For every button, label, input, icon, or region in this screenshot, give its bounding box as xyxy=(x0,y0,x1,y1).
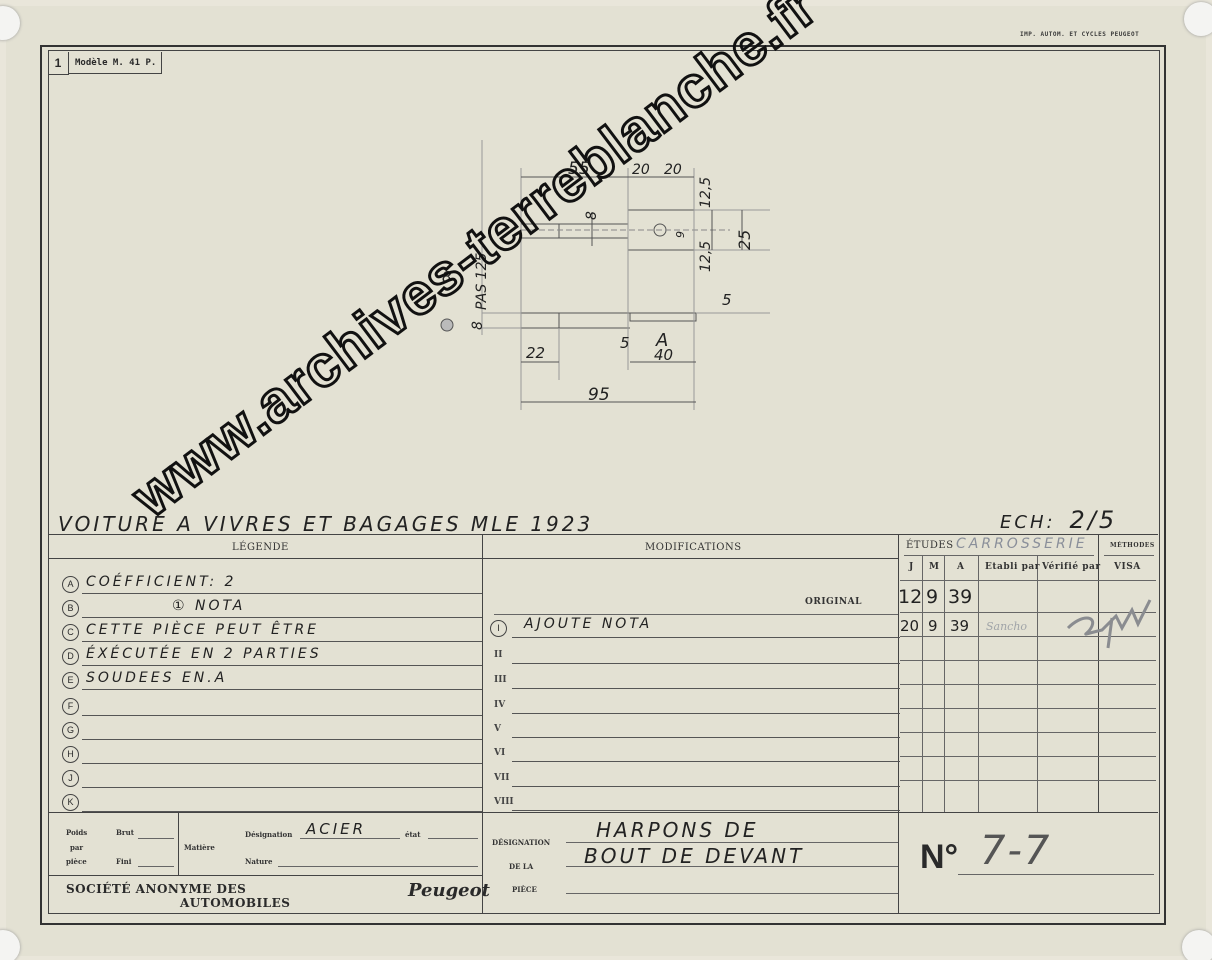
dim-hole: 9 xyxy=(674,231,687,238)
legend-key: G xyxy=(62,722,79,739)
dim-5: 5 xyxy=(620,334,630,352)
fini-field xyxy=(138,866,174,867)
material-designation: ACIER xyxy=(306,820,366,838)
nature-field xyxy=(278,866,478,867)
mod-row-5: V xyxy=(494,718,900,742)
legend-mod-divider xyxy=(482,534,483,914)
nature-label: Nature xyxy=(245,857,272,866)
mod-num: I xyxy=(490,620,507,637)
part-label-1: DÉSIGNATION xyxy=(492,838,550,847)
row2-etabli-signature: Sancho xyxy=(986,620,1027,633)
legend-key: F xyxy=(62,698,79,715)
mod-num: II xyxy=(494,650,502,660)
department: CARROSSERIE xyxy=(956,536,1088,552)
weights-label-1: Poids xyxy=(66,828,87,837)
weld-marker: A xyxy=(655,330,668,351)
etudes-row-rule-8 xyxy=(900,780,1156,781)
row2-j: 20 xyxy=(900,617,919,635)
etudes-row-rule-6 xyxy=(900,732,1156,733)
row1-a: 39 xyxy=(948,586,972,608)
weights-label-3: pièce xyxy=(66,857,87,866)
etudes-header: ÉTUDES xyxy=(906,540,954,551)
methodes-sub-rule xyxy=(1104,555,1154,556)
etudes-row-rule-5 xyxy=(900,708,1156,709)
verifie-signature xyxy=(1062,594,1158,654)
part-label-3: PIÈCE xyxy=(512,885,537,894)
legend-row-c: CCETTE PIÈCE PEUT ÊTRE xyxy=(62,622,482,646)
etudes-row-rule-7 xyxy=(900,756,1156,757)
row1-j: 12 xyxy=(898,586,922,608)
legend-key: B xyxy=(62,600,79,617)
pin-bottom-right xyxy=(1182,930,1212,960)
scale-value: 2/5 xyxy=(1070,506,1118,534)
legend-text: ÉXÉCUTÉE EN 2 PARTIES xyxy=(86,646,322,662)
legend-row-e: ESOUDEES EN.A xyxy=(62,670,482,694)
col-header-etabli: Etabli par xyxy=(985,562,1040,572)
part-name-line1: HARPONS DE xyxy=(596,818,758,842)
original-rule xyxy=(494,614,898,615)
etudes-header-rule xyxy=(900,580,1156,581)
col-header-a: A xyxy=(957,562,964,572)
dim-12-5-top: 12,5 xyxy=(698,177,714,208)
fini-label: Fini xyxy=(116,857,131,866)
mod-num: V xyxy=(494,724,501,734)
mod-num: VI xyxy=(494,748,505,758)
part-rule-2 xyxy=(566,866,898,867)
scale: ECH:2/5 xyxy=(1000,506,1117,534)
brut-field xyxy=(138,838,174,839)
company-line2: AUTOMOBILES xyxy=(180,896,290,910)
material-label: Matière xyxy=(184,843,215,852)
original-label: ORIGINAL xyxy=(805,597,862,607)
legend-text: CETTE PIÈCE PEUT ÊTRE xyxy=(86,622,319,638)
mod-row-6: VI xyxy=(494,742,900,766)
mod-num: III xyxy=(494,675,507,685)
modifications-header: MODIFICATIONS xyxy=(645,542,742,553)
etudes-row-rule-4 xyxy=(900,684,1156,685)
dim-22: 22 xyxy=(526,344,545,362)
part-label-2: DE LA xyxy=(509,862,533,871)
part-number-label: N° xyxy=(920,838,958,877)
mod-row-1: IAJOUTE NOTA xyxy=(494,618,900,642)
methodes-divider xyxy=(1098,534,1099,812)
legend-row-j: J xyxy=(62,768,482,792)
legend-row-b: B① NOTA xyxy=(62,598,482,622)
drawing-title: VOITURE A VIVRES ET BAGAGES MLE 1923 xyxy=(58,512,593,536)
etudes-sub-rule xyxy=(904,555,1094,556)
table-top-rule xyxy=(48,534,1158,535)
mod-text: AJOUTE NOTA xyxy=(524,616,652,632)
dim-20b: 20 xyxy=(664,162,682,178)
dim-25: 25 xyxy=(735,230,754,250)
methodes-header: MÉTHODES xyxy=(1110,542,1155,549)
legend-key: C xyxy=(62,624,79,641)
col-header-m: M xyxy=(929,562,939,572)
legend-row-a: ACOÉFFICIENT: 2 xyxy=(62,574,482,598)
brut-label: Brut xyxy=(116,828,134,837)
legend-text: SOUDEES EN.A xyxy=(86,670,227,686)
mod-num: VIII xyxy=(494,797,514,807)
row1-m: 9 xyxy=(926,586,938,608)
dim-thickness: 5 xyxy=(722,291,732,309)
legend-text: ① NOTA xyxy=(172,598,245,614)
company-line1: SOCIÉTÉ ANONYME DES xyxy=(66,882,246,896)
legend-key: K xyxy=(62,794,79,811)
mod-num: VII xyxy=(494,773,509,783)
brand-logo: Peugeot xyxy=(408,880,490,901)
mod-row-3: III xyxy=(494,669,900,693)
col-header-visa: VISA xyxy=(1114,562,1141,572)
dim-95: 95 xyxy=(588,385,610,405)
etat-field xyxy=(428,838,478,839)
legend-row-f: F xyxy=(62,696,482,720)
etat-label: état xyxy=(405,830,420,839)
dim-side-8: 8 xyxy=(470,321,486,330)
legend-key: J xyxy=(62,770,79,787)
scale-label: ECH: xyxy=(1000,512,1056,533)
col-header-j: J xyxy=(909,562,914,572)
part-rule-1 xyxy=(566,842,898,843)
legend-key: A xyxy=(62,576,79,593)
weights-label-2: par xyxy=(70,843,83,852)
dim-12-5-bottom: 12,5 xyxy=(698,241,714,272)
legend-header: LÉGENDE xyxy=(232,542,289,553)
designation-label: Désignation xyxy=(245,830,292,839)
sheet-number: 1 xyxy=(48,52,69,75)
mod-row-4: IV xyxy=(494,694,900,718)
part-name-line2: BOUT DE DEVANT xyxy=(584,844,804,868)
legend-row-k: K xyxy=(62,792,482,816)
row2-a: 39 xyxy=(950,617,969,635)
model-label: Modèle M. 41 P. xyxy=(69,52,162,74)
row2-m: 9 xyxy=(928,617,938,635)
legend-text: COÉFFICIENT: 2 xyxy=(86,574,236,590)
part-number-rule xyxy=(958,874,1154,875)
legend-key: D xyxy=(62,648,79,665)
dim-rod-8: 8 xyxy=(584,211,600,220)
legend-row-g: G xyxy=(62,720,482,744)
legend-row-d: DÉXÉCUTÉE EN 2 PARTIES xyxy=(62,646,482,670)
designation-field xyxy=(300,838,400,839)
pin-top-right xyxy=(1184,2,1212,36)
part-number: 7-7 xyxy=(980,828,1051,874)
col-header-verifie: Vérifié par xyxy=(1042,562,1101,572)
legend-header-rule xyxy=(48,558,898,559)
legend-key: H xyxy=(62,746,79,763)
mod-num: IV xyxy=(494,700,505,710)
mod-row-8: VIII xyxy=(494,791,900,815)
mod-row-7: VII xyxy=(494,767,900,791)
mod-row-2: II xyxy=(494,644,900,668)
company-rule xyxy=(48,875,482,876)
part-rule-3 xyxy=(566,893,898,894)
legend-row-h: H xyxy=(62,744,482,768)
weight-material-divider xyxy=(178,812,179,875)
legend-key: E xyxy=(62,672,79,689)
printer-note: IMP. AUTOM. ET CYCLES PEUGEOT xyxy=(1020,31,1139,38)
etudes-row-rule-3 xyxy=(900,660,1156,661)
